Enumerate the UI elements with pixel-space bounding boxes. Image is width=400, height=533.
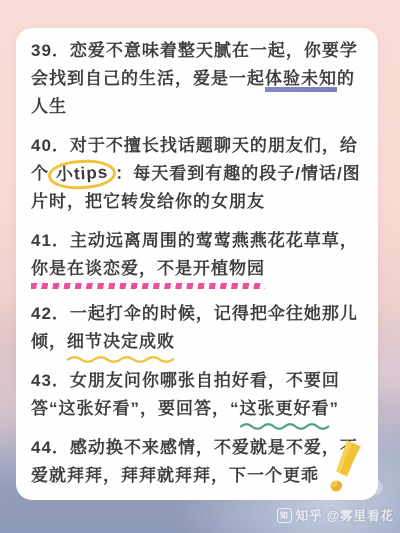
watermark-brand: 知乎 (296, 506, 323, 524)
wavy-underline (68, 355, 173, 364)
post-image-background: 39．恋爱不意味着整天腻在一起，你要学会找到自己的生活，爱是一起体验未知的人生4… (0, 0, 400, 533)
tip-43-segment-wave-green: 这张更好看 (240, 395, 330, 423)
tip-item-40: 40．对于不擅长找话题聊天的朋友们，给个小tips：每天看到有趣的段子/情话/图… (31, 132, 364, 216)
tip-41-segment-plain: 41．主动远离周围的莺莺燕燕花花草草， (31, 231, 358, 250)
watermark-user: @雾里看花 (327, 506, 394, 524)
exclamation-mark-icon (326, 437, 370, 499)
tip-41-segment-u-pink-dash: 你是在谈恋爱，不是开植物园 (31, 255, 265, 289)
tip-item-43: 43．女朋友问你哪张自拍好看，不要回答“这张好看”，要回答，“这张更好看” (31, 367, 364, 423)
tip-44-segment-plain: 44．感动换不来感情，不爱就是不爱，不爱就拜拜，拜拜就拜拜，下一个更乖 (31, 438, 358, 485)
tip-39-segment-u-purple: 体验未知 (265, 65, 337, 93)
tip-42-segment-wave-yellow: 细节决定成败 (67, 328, 175, 356)
tip-item-39: 39．恋爱不意味着整天腻在一起，你要学会找到自己的生活，爱是一起体验未知的人生 (31, 37, 364, 121)
zhihu-logo-icon: 知 (277, 508, 292, 523)
tip-item-44: 44．感动换不来感情，不爱就是不爱，不爱就拜拜，拜拜就拜拜，下一个更乖 (31, 434, 364, 490)
tip-item-41: 41．主动远离周围的莺莺燕燕花花草草，你是在谈恋爱，不是开植物园 (31, 227, 364, 289)
tips-list: 39．恋爱不意味着整天腻在一起，你要学会找到自己的生活，爱是一起体验未知的人生4… (31, 37, 364, 490)
tips-card: 39．恋爱不意味着整天腻在一起，你要学会找到自己的生活，爱是一起体验未知的人生4… (16, 28, 378, 500)
tip-40-segment-circle-yellow: 小tips (47, 158, 117, 191)
tip-item-42: 42．一起打伞的时候，记得把伞往她那儿倾，细节决定成败 (31, 300, 364, 356)
tip-43-segment-plain: ” (330, 399, 340, 418)
watermark: 知 知乎 @雾里看花 (277, 506, 394, 524)
wavy-underline (241, 422, 328, 431)
